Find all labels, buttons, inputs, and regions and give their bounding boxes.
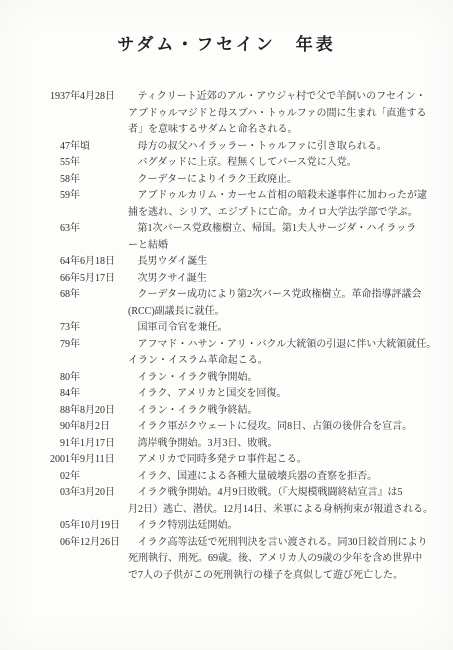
entry-text: イラク高等法廷で死刑判決を言い渡される。同30日絞首刑により 死刑執行、刑死。6…: [128, 535, 439, 585]
entry-date-suffix: 年: [70, 339, 80, 350]
entry-date-suffix: 年: [70, 388, 80, 399]
entry-date: 66年5月17日: [40, 271, 128, 288]
entry-text: イラク、国連による各種大量破壊兵器の査察を拒否。: [128, 469, 439, 486]
entry-date-suffix: 年5月17日: [70, 273, 115, 284]
timeline-entry: 80年イラン・イラク戦争開始。: [40, 370, 439, 387]
entry-text: バグダッドに上京。程無くしてバース党に入党。: [128, 155, 439, 172]
timeline-entry: 1937年4月28日ティクリート近郊のアル・アウジャ村で父で羊飼いのフセイン・ …: [40, 89, 439, 139]
entry-date-year: 02: [40, 469, 70, 486]
entry-date: 64年6月18日: [40, 254, 128, 271]
timeline-entry: 90年8月2日イラク軍がクウェートに侵攻。同8日、占領の後併合を宣言。: [40, 419, 439, 436]
entry-date-year: 2001: [40, 452, 70, 469]
entry-date: 05年10月19日: [40, 518, 128, 535]
entry-date: 63年: [40, 221, 128, 238]
entry-date: 1937年4月28日: [40, 89, 128, 106]
entry-date: 03年3月20日: [40, 485, 128, 502]
entry-date-year: 47: [40, 139, 70, 156]
entry-date-suffix: 年8月20日: [70, 405, 115, 416]
timeline-entry: 55年バグダッドに上京。程無くしてバース党に入党。: [40, 155, 439, 172]
entry-text: イラク特別法廷開始。: [128, 518, 439, 535]
timeline-entry: 02年イラク、国連による各種大量破壊兵器の査察を拒否。: [40, 469, 439, 486]
entry-date-suffix: 年6月18日: [70, 256, 115, 267]
timeline-entry: 63年第1次バース党政権樹立、帰国。第1夫人サージダ・ハイラッラ ーと結婚: [40, 221, 439, 254]
entry-date-year: 63: [40, 221, 70, 238]
entry-date: 55年: [40, 155, 128, 172]
timeline-entry: 05年10月19日イラク特別法廷開始。: [40, 518, 439, 535]
entry-date-year: 06: [40, 535, 70, 552]
entry-date: 73年: [40, 320, 128, 337]
entry-date: 68年: [40, 287, 128, 304]
entry-date-year: 03: [40, 485, 70, 502]
timeline-entry: 73年国軍司令官を兼任。: [40, 320, 439, 337]
entry-date-year: 73: [40, 320, 70, 337]
entry-date-suffix: 年: [70, 289, 80, 300]
entry-date: 91年1月17日: [40, 436, 128, 453]
entry-date-suffix: 年10月19日: [70, 520, 120, 531]
entry-date-year: 64: [40, 254, 70, 271]
entry-text: イラン・イラク戦争終結。: [128, 403, 439, 420]
entry-text: イラク、アメリカと国交を回復。: [128, 386, 439, 403]
entry-date: 80年: [40, 370, 128, 387]
entry-date-suffix: 年: [70, 372, 80, 383]
entry-date: 47年頃: [40, 139, 128, 156]
entry-date-year: 80: [40, 370, 70, 387]
entry-text: アフマド・ハサン・アリ・バクル大統領の引退に伴い大統領就任。 イラン・イスラム革…: [128, 337, 439, 370]
timeline-entry: 64年6月18日長男ウダイ誕生: [40, 254, 439, 271]
entry-date-year: 1937: [40, 89, 70, 106]
entry-text: アブドゥルカリム・カーセム首相の暗殺未遂事件に加わったが逮 捕を逃れ、シリア、エ…: [128, 188, 439, 221]
entry-text: イラク軍がクウェートに侵攻。同8日、占領の後併合を宣言。: [128, 419, 439, 436]
entry-date-suffix: 年1月17日: [70, 438, 115, 449]
entry-text: 国軍司令官を兼任。: [128, 320, 439, 337]
timeline-entry: 66年5月17日次男クサイ誕生: [40, 271, 439, 288]
entry-date: 06年12月26日: [40, 535, 128, 552]
entry-date-suffix: 年: [70, 190, 80, 201]
entry-date-suffix: 年4月28日: [70, 91, 115, 102]
entry-text: 第1次バース党政権樹立、帰国。第1夫人サージダ・ハイラッラ ーと結婚: [128, 221, 439, 254]
entry-text: ティクリート近郊のアル・アウジャ村で父で羊飼いのフセイン・ アブドゥルマジドと母…: [128, 89, 439, 139]
entry-text: 次男クサイ誕生: [128, 271, 439, 288]
entry-date-suffix: 年12月26日: [70, 537, 120, 548]
entry-date-suffix: 年: [70, 174, 80, 185]
timeline-entry: 84年イラク、アメリカと国交を回復。: [40, 386, 439, 403]
entry-date-suffix: 年9月11日: [70, 454, 115, 465]
entry-date-year: 59: [40, 188, 70, 205]
timeline-entry: 58年クーデターによりイラク王政廃止。: [40, 172, 439, 189]
entry-text: イラク戦争開始。4月9日敗戦。（『大規模戦闘終結宣言』は5 月2日）逃亡、潜伏。…: [128, 485, 439, 518]
entry-text: クーデターによりイラク王政廃止。: [128, 172, 439, 189]
entry-date: 59年: [40, 188, 128, 205]
entry-date-year: 05: [40, 518, 70, 535]
entry-date-year: 79: [40, 337, 70, 354]
entry-date-suffix: 年: [70, 157, 80, 168]
entry-text: 湾岸戦争開始。3月3日、敗戦。: [128, 436, 439, 453]
timeline-entry: 06年12月26日イラク高等法廷で死刑判決を言い渡される。同30日絞首刑により …: [40, 535, 439, 585]
timeline-entry: 47年頃母方の叔父ハイラッラー・トゥルファに引き取られる。: [40, 139, 439, 156]
entry-date-suffix: 年8月2日: [70, 421, 110, 432]
page-title: サダム・フセイン 年表: [0, 0, 453, 55]
timeline-entry: 91年1月17日湾岸戦争開始。3月3日、敗戦。: [40, 436, 439, 453]
entry-date-suffix: 年: [70, 471, 80, 482]
timeline-entry: 68年クーデター成功により第2次バース党政権樹立。革命指導評議会 (RCC)副議…: [40, 287, 439, 320]
entry-date: 58年: [40, 172, 128, 189]
entry-text: アメリカで同時多発テロ事件起こる。: [128, 452, 439, 469]
entry-date-year: 66: [40, 271, 70, 288]
timeline-entry: 2001年9月11日アメリカで同時多発テロ事件起こる。: [40, 452, 439, 469]
entry-date-suffix: 年頃: [70, 141, 90, 152]
timeline-entry: 03年3月20日イラク戦争開始。4月9日敗戦。（『大規模戦闘終結宣言』は5 月2…: [40, 485, 439, 518]
entry-date-suffix: 年: [70, 223, 80, 234]
timeline-entry: 88年8月20日イラン・イラク戦争終結。: [40, 403, 439, 420]
timeline-list: 1937年4月28日ティクリート近郊のアル・アウジャ村で父で羊飼いのフセイン・ …: [0, 89, 453, 584]
entry-date: 84年: [40, 386, 128, 403]
entry-text: 母方の叔父ハイラッラー・トゥルファに引き取られる。: [128, 139, 439, 156]
entry-date-year: 91: [40, 436, 70, 453]
entry-text: クーデター成功により第2次バース党政権樹立。革命指導評議会 (RCC)副議長に就…: [128, 287, 439, 320]
entry-date-year: 68: [40, 287, 70, 304]
timeline-entry: 79年アフマド・ハサン・アリ・バクル大統領の引退に伴い大統領就任。 イラン・イス…: [40, 337, 439, 370]
entry-date-year: 90: [40, 419, 70, 436]
entry-text: イラン・イラク戦争開始。: [128, 370, 439, 387]
entry-date: 79年: [40, 337, 128, 354]
entry-date: 88年8月20日: [40, 403, 128, 420]
entry-text: 長男ウダイ誕生: [128, 254, 439, 271]
entry-date-year: 88: [40, 403, 70, 420]
entry-date: 90年8月2日: [40, 419, 128, 436]
entry-date-suffix: 年3月20日: [70, 487, 115, 498]
timeline-entry: 59年アブドゥルカリム・カーセム首相の暗殺未遂事件に加わったが逮 捕を逃れ、シリ…: [40, 188, 439, 221]
entry-date-year: 84: [40, 386, 70, 403]
entry-date: 2001年9月11日: [40, 452, 128, 469]
document-page: サダム・フセイン 年表 1937年4月28日ティクリート近郊のアル・アウジャ村で…: [0, 0, 453, 650]
entry-date-year: 55: [40, 155, 70, 172]
entry-date-suffix: 年: [70, 322, 80, 333]
entry-date-year: 58: [40, 172, 70, 189]
entry-date: 02年: [40, 469, 128, 486]
